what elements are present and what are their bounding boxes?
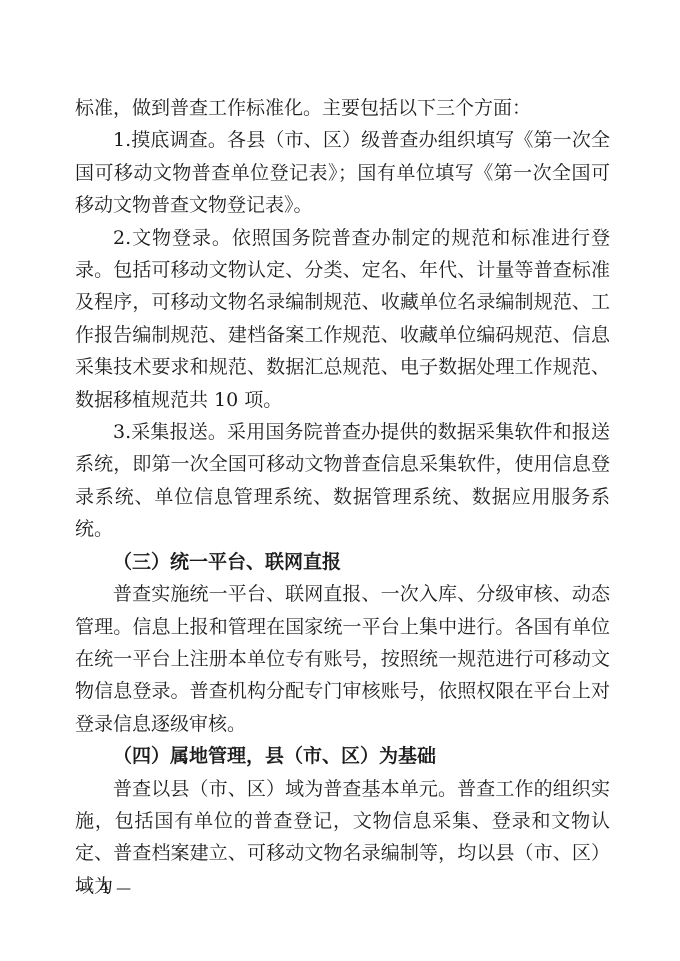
paragraph-item-3-reporting: 3.采集报送。采用国务院普查办提供的数据采集软件和报送系统，即第一次全国可移动文… [75, 416, 610, 546]
document-page: 标准，做到普查工作标准化。主要包括以下三个方面： 1.摸底调查。各县（市、区）级… [0, 0, 680, 961]
paragraph-item-1-survey: 1.摸底调查。各县（市、区）级普查办组织填写《第一次全国可移动文物普查单位登记表… [75, 124, 610, 221]
paragraph-unified-platform: 普查实施统一平台、联网直报、一次入库、分级审核、动态管理。信息上报和管理在国家统… [75, 578, 610, 740]
page-number: — 4 — [78, 878, 132, 898]
document-body: 标准，做到普查工作标准化。主要包括以下三个方面： 1.摸底调查。各县（市、区）级… [75, 92, 610, 902]
section-heading-4: （四）属地管理，县（市、区）为基础 [75, 740, 610, 772]
section-heading-3: （三）统一平台、联网直报 [75, 546, 610, 578]
paragraph-continuation: 标准，做到普查工作标准化。主要包括以下三个方面： [75, 92, 610, 124]
paragraph-territorial-management: 普查以县（市、区）域为普查基本单元。普查工作的组织实施，包括国有单位的普查登记，… [75, 773, 610, 903]
paragraph-item-2-registration: 2.文物登录。依照国务院普查办制定的规范和标准进行登录。包括可移动文物认定、分类… [75, 222, 610, 416]
